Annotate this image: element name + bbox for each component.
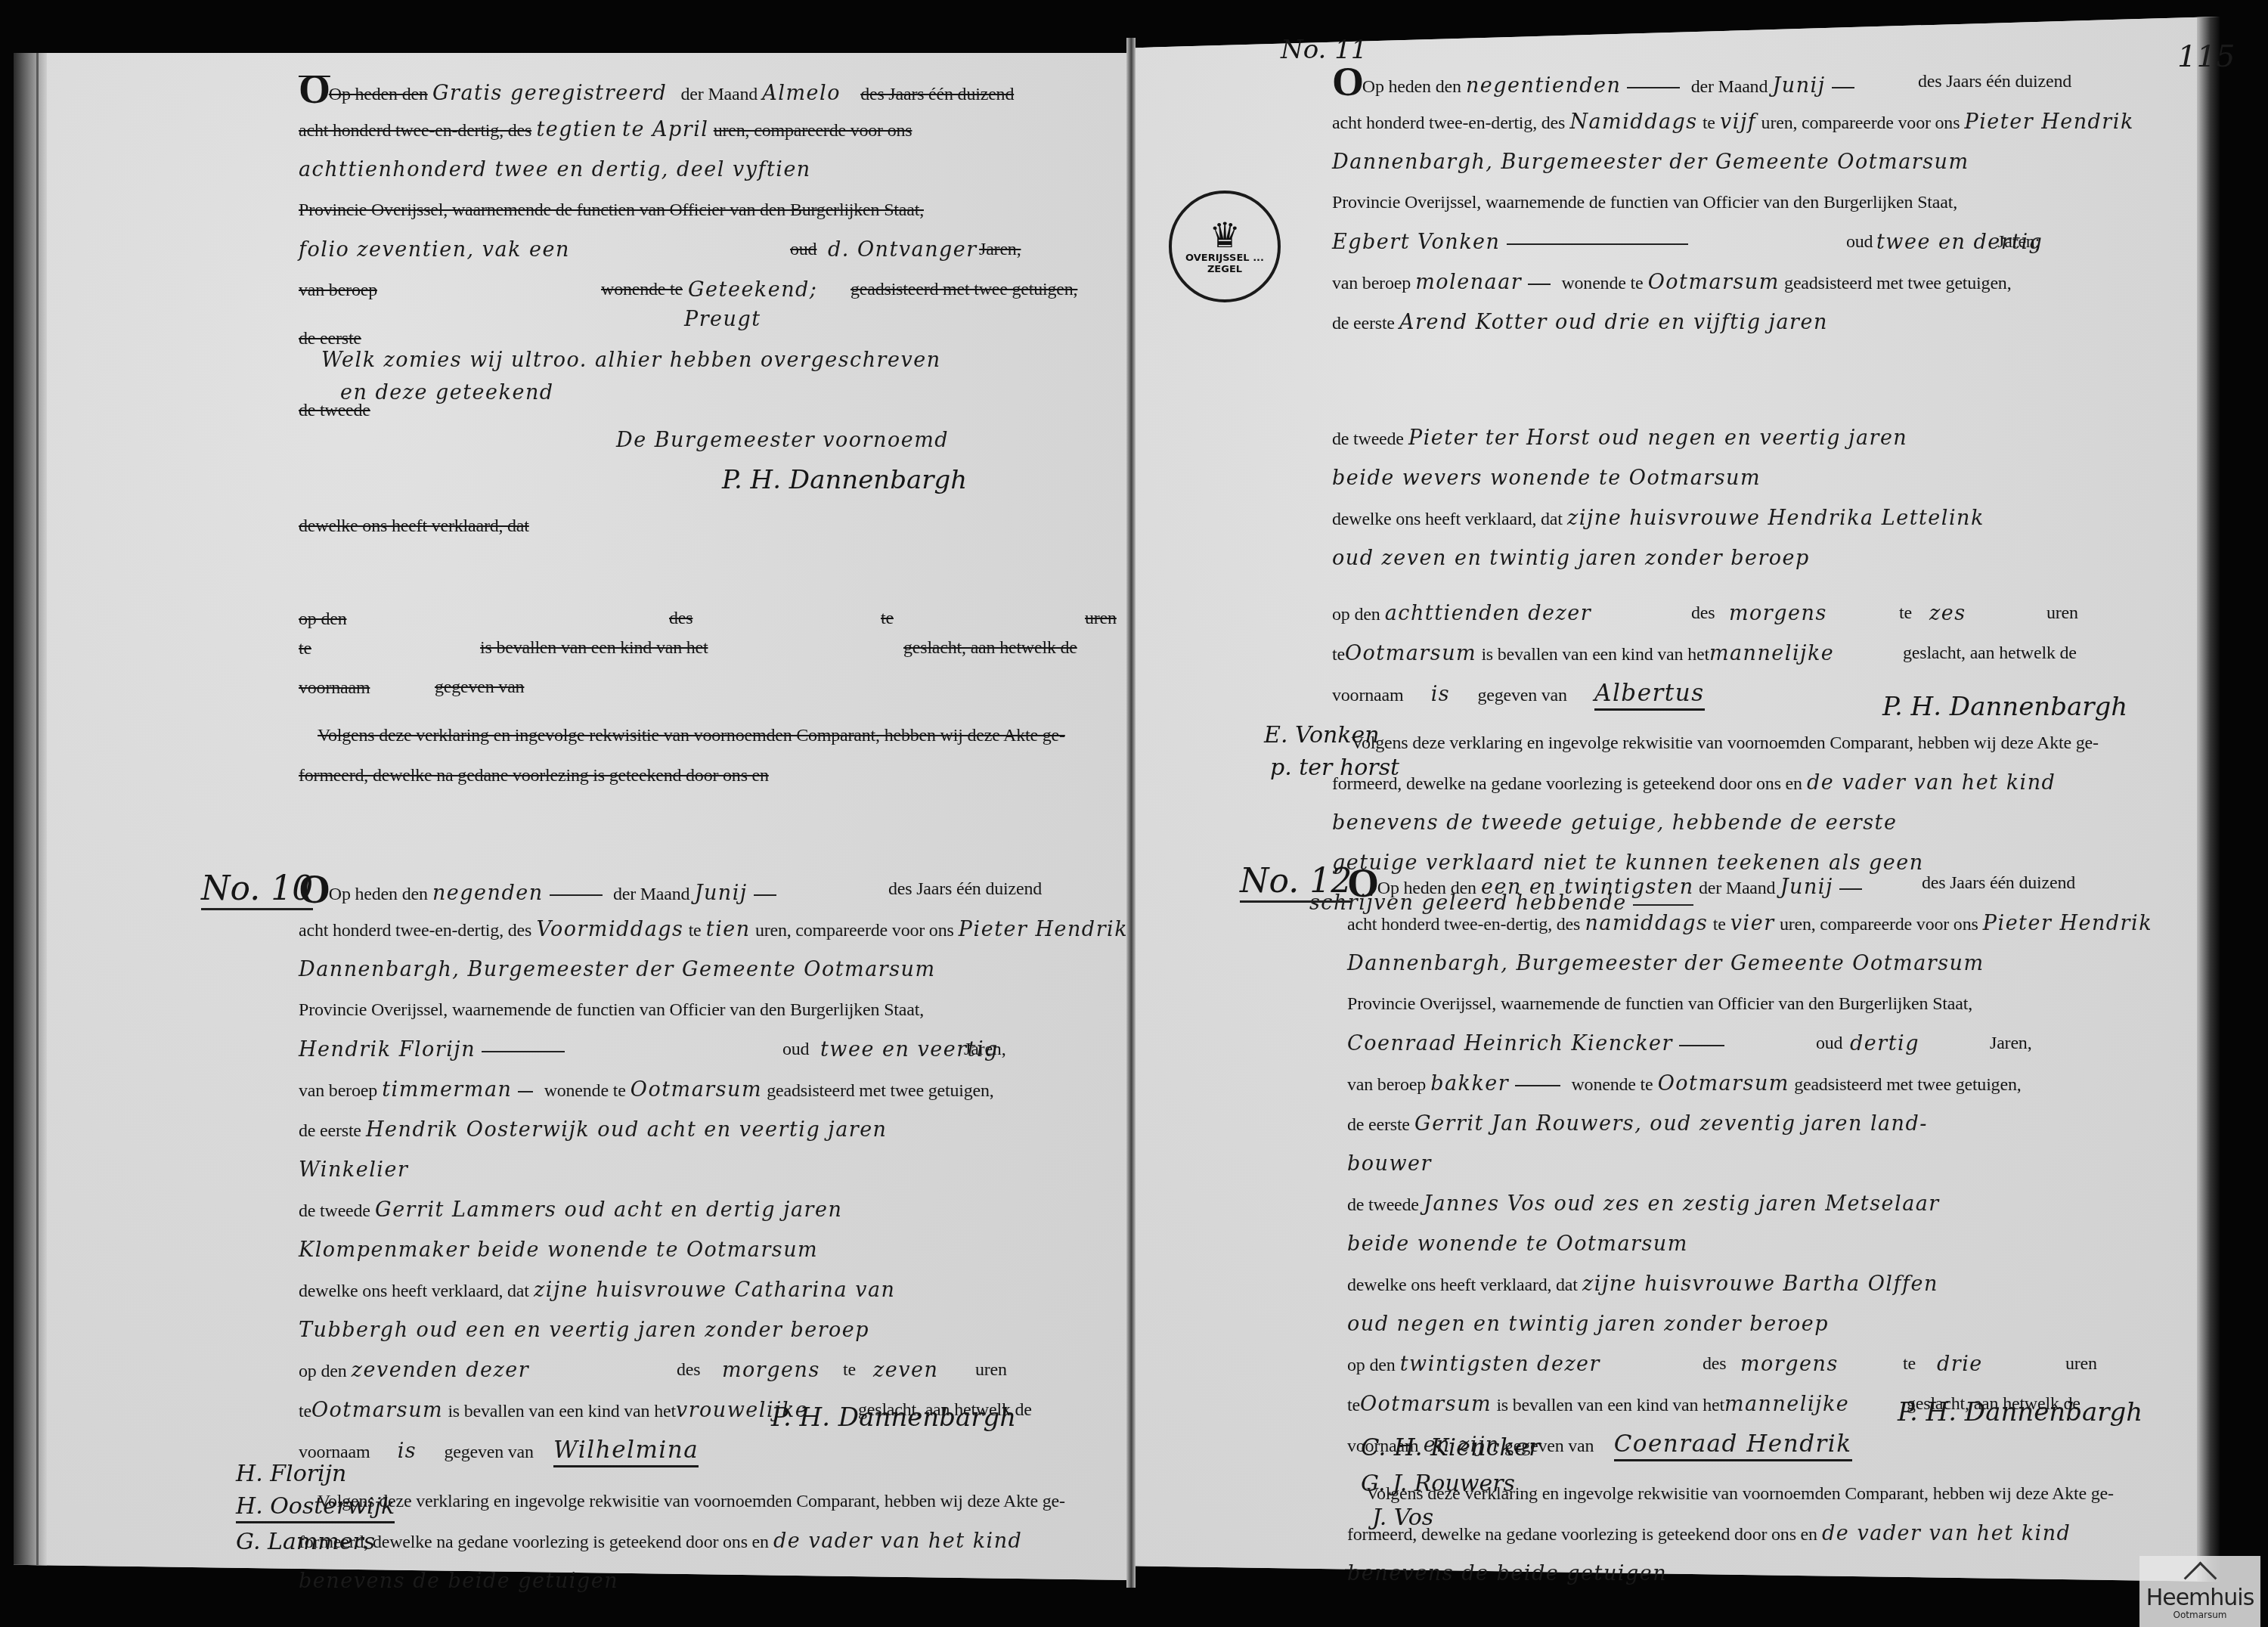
printed-text: uren (2046, 593, 2078, 634)
handwritten-text: beide wevers wonende te Ootmarsum (1332, 466, 1761, 490)
printed-text: van beroep (299, 280, 377, 300)
printed-text: OOp heden den (299, 85, 428, 104)
witness-signature: G. Lammers (236, 1529, 375, 1555)
cancelled-entry: OOp heden den Gratis geregistreerd der M… (299, 70, 1130, 795)
printed-text: te (299, 639, 311, 659)
printed-text: van beroep (1347, 1075, 1426, 1095)
printed-text: de tweede (1347, 1195, 1419, 1215)
printed-text: Provincie Overijssel, waarnemende de fun… (299, 1000, 924, 1020)
printed-text: des (677, 1350, 700, 1390)
birth-entry-11: OOp heden den negentienden der Maand Jun… (1332, 62, 2186, 923)
printed-text: O (1347, 879, 1377, 898)
printed-text: uren, compareerde voor ons (755, 921, 954, 941)
handwritten-text: Ootmarsum (1648, 271, 1780, 294)
mayor-signature: P. H. Dannenbargh (1898, 1397, 2143, 1427)
handwritten-text: tien (706, 918, 751, 941)
printed-text: op den (299, 609, 346, 629)
printed-text: dewelke ons heeft verklaard, dat (1332, 510, 1563, 529)
handwritten-text: Ootmarsum (1345, 642, 1476, 665)
handwritten-text: benevens de beide getuigen (1347, 1562, 1667, 1585)
handwritten-text: Jannes Vos oud zes en zestig jaren Metse… (1424, 1192, 1940, 1216)
handwritten-text: vier (1730, 912, 1775, 935)
printed-text: Provincie Overijssel, waarnemende de fun… (299, 200, 924, 220)
printed-text: oud (790, 230, 816, 270)
printed-text: voornaam (299, 1443, 370, 1462)
printed-text: wonende te (601, 270, 683, 310)
mayor-signature: P. H. Dannenbargh (771, 1402, 1016, 1433)
handwritten-text: Voormiddags (536, 918, 683, 941)
handwritten-text: Pieter Hendrik (1983, 912, 2152, 935)
handwritten-text: achttienden dezer (1385, 602, 1591, 625)
printed-text: wonende te (1571, 1075, 1653, 1095)
handwritten-text: drie (1937, 1344, 1983, 1384)
printed-text: op den (299, 1362, 346, 1381)
printed-text: op den (1347, 1356, 1395, 1375)
handwritten-text: negenden (432, 882, 544, 905)
entry-number-12: No. 12 (1240, 862, 1352, 903)
printed-text: O (299, 885, 329, 904)
handwritten-text: Gerrit Jan Rouwers, oud zeventig jaren l… (1414, 1112, 1928, 1136)
handwritten-text: mannelijke (1709, 642, 1834, 665)
witness-signature: G. J. Rouwers (1361, 1470, 1515, 1497)
printed-text: geadsisteerd met twee getuigen, (767, 1081, 993, 1101)
handwritten-text: Coenraad Heinrich Kiencker (1347, 1032, 1673, 1055)
handwritten-text: dertig (1850, 1024, 1919, 1064)
handwritten-text: De Burgemeester voornoemd (616, 429, 949, 452)
handwritten-text: Klompenmaker beide wonende te Ootmarsum (299, 1238, 818, 1262)
printed-text: Provincie Overijssel, waarnemende de fun… (1347, 994, 1972, 1014)
printed-text: formeerd, dewelke na gedane voorlezing i… (299, 766, 769, 786)
handwritten-text: Almelo (762, 82, 841, 105)
printed-text: is bevallen van een kind van het (1481, 645, 1709, 665)
printed-text: van beroep (1332, 274, 1411, 293)
printed-text: formeerd, dewelke na gedane voorlezing i… (1332, 774, 1802, 794)
printed-text: der Maand (1691, 77, 1768, 97)
printed-text: Volgens deze verklaring en ingevolge rek… (318, 1492, 1065, 1511)
handwritten-text: Winkelier (299, 1158, 408, 1182)
printed-text: acht honderd twee-en-dertig, des (1347, 915, 1580, 934)
printed-text: Provincie Overijssel, waarnemende de fun… (1332, 193, 1957, 212)
handwritten-text: achttienhonderd twee en dertig, deel vyf… (299, 158, 811, 181)
printed-text: Jaren, (964, 1030, 1005, 1070)
handwritten-text: de vader van het kind (1822, 1522, 2071, 1545)
printed-text: O (1332, 77, 1362, 97)
handwritten-text: oud negen en twintig jaren zonder beroep (1347, 1312, 1829, 1336)
printed-text: geslacht, aan hetwelk de (903, 628, 1077, 668)
printed-text: is bevallen van een kind van het (1496, 1396, 1724, 1415)
printed-text: de tweede (299, 1201, 370, 1221)
handwritten-text: Hendrik Florijn (299, 1038, 476, 1061)
witness-signature: C. H. Kiencker (1361, 1433, 1540, 1461)
printed-text: te (1903, 1344, 1916, 1384)
heemhuis-watermark: Heemhuis Ootmarsum (2139, 1556, 2260, 1627)
handwritten-text: de vader van het kind (773, 1529, 1022, 1553)
printed-text: Op heden den (1377, 879, 1476, 898)
printed-text: uren, compareerde voor ons (1780, 915, 1978, 934)
printed-text: Op heden den (329, 885, 428, 904)
handwritten-text: zeven (873, 1350, 938, 1390)
handwritten-text: een en twintigsten (1481, 875, 1694, 899)
printed-text: uren (2065, 1344, 2097, 1384)
handwritten-text: Egbert Vonken (1332, 231, 1501, 254)
child-name: Albertus (1594, 680, 1705, 711)
handwritten-text: Ootmarsum (1658, 1072, 1789, 1096)
handwritten-text: Ootmarsum (1360, 1393, 1492, 1416)
handwritten-text: Gratis geregistreerd (432, 82, 667, 105)
handwritten-text: benevens de tweede getuige, hebbende de … (1332, 811, 1897, 835)
witness-signature: p. ter horst (1270, 755, 1399, 781)
handwritten-text: Preugt (684, 299, 761, 339)
handwritten-text: Dannenbargh, Burgemeester der Gemeente O… (1332, 150, 1969, 174)
printed-text: oud (782, 1030, 809, 1070)
handwritten-text: molenaar (1415, 271, 1522, 294)
mayor-signature: P. H. Dannenbargh (1882, 692, 2127, 722)
printed-text: uren (975, 1350, 1007, 1390)
handwritten-text: morgens (1729, 593, 1827, 634)
witness-signature: J. Vos (1372, 1505, 1433, 1531)
printed-text: Jaren, (1990, 1024, 2031, 1064)
printed-text: geadsisteerd met twee getuigen, (850, 270, 1077, 310)
printed-text: dewelke ons heeft verklaard, dat (299, 516, 529, 536)
printed-text: te (1347, 1396, 1360, 1415)
printed-text: acht honderd twee-en-dertig, des (299, 121, 531, 141)
printed-text: op den (1332, 605, 1380, 624)
printed-text: de eerste (1332, 314, 1395, 333)
handwritten-text: Pieter ter Horst oud negen en veertig ja… (1408, 426, 1907, 450)
printed-text: dewelke ons heeft verklaard, dat (1347, 1275, 1578, 1295)
printed-text: der Maand (613, 885, 690, 904)
handwritten-text: Pieter Hendrik (959, 918, 1128, 941)
printed-text: te (1713, 915, 1726, 934)
printed-text: gegeven van (435, 668, 524, 708)
printed-text: uren, compareerde voor ons (1761, 113, 1960, 133)
handwritten-text: Junij (695, 882, 748, 905)
handwritten-text: zes (1929, 593, 1966, 634)
printed-text: acht honderd twee-en-dertig, des (299, 921, 531, 941)
printed-text: van beroep (299, 1081, 377, 1101)
official-seal-stamp: ♛OVERIJSSEL ... ZEGEL (1169, 191, 1281, 302)
handwritten-text: en deze geteekend (340, 373, 554, 413)
printed-text: de eerste (1347, 1115, 1410, 1135)
handwritten-text: tegtien (536, 118, 617, 141)
handwritten-text: zevenden dezer (352, 1359, 529, 1382)
printed-text: des Jaars één duizend (860, 85, 1014, 104)
printed-text: wonende te (544, 1081, 626, 1101)
handwritten-text: Dannenbargh, Burgemeester der Gemeente O… (299, 958, 936, 981)
handwritten-text: Namiddags (1569, 110, 1697, 134)
printed-text: te (1899, 593, 1912, 634)
printed-text: voornaam (299, 678, 370, 698)
printed-text: de tweede (1332, 429, 1404, 449)
handwritten-text: Junij (1772, 74, 1825, 98)
entry-number-10: No. 10 (201, 869, 313, 910)
handwritten-text: timmerman (382, 1078, 512, 1102)
printed-text: geadsisteerd met twee getuigen, (1784, 274, 2011, 293)
handwritten-text: zijne huisvrouwe Bartha Olffen (1582, 1272, 1938, 1296)
printed-text: der Maand (1699, 879, 1776, 898)
handwritten-text: beide wonende te Ootmarsum (1347, 1232, 1688, 1256)
witness-signature: H. Florijn (236, 1461, 346, 1487)
crown-icon: ♛ (1172, 218, 1278, 253)
printed-text: te (299, 1402, 311, 1421)
printed-text: des (1691, 593, 1715, 634)
handwritten-text: is (1431, 683, 1451, 706)
handwritten-text: de vader van het kind (1807, 771, 2056, 795)
printed-text: Op heden den (1362, 77, 1461, 97)
printed-text: te (843, 1350, 856, 1390)
child-name: Wilhelmina (553, 1436, 699, 1467)
handwritten-text: Hendrik Oosterwijk oud acht en veertig j… (366, 1118, 887, 1142)
right-page-edge (2197, 17, 2220, 1582)
printed-text: oud (1816, 1024, 1842, 1064)
handwritten-text: oud zeven en twintig jaren zonder beroep (1332, 547, 1810, 570)
handwritten-text: morgens (722, 1350, 820, 1390)
handwritten-text: morgens (1740, 1344, 1839, 1384)
handwritten-text: Gerrit Lammers oud acht en dertig jaren (375, 1198, 842, 1222)
printed-text: des (1703, 1344, 1726, 1384)
handwritten-text: te April (622, 118, 708, 141)
printed-text: geslacht, aan hetwelk de (1903, 634, 2077, 674)
printed-text: des Jaars één duizend (1922, 863, 2075, 903)
printed-text: Volgens deze verklaring en ingevolge rek… (318, 726, 1065, 745)
printed-text: is bevallen van een kind van het (480, 628, 708, 668)
printed-text: dewelke ons heeft verklaard, dat (299, 1281, 529, 1301)
handwritten-text: Arend Kotter oud drie en vijftig jaren (1399, 311, 1828, 334)
printed-text: gegeven van (1477, 686, 1566, 705)
handwritten-text: folio zeventien, vak een (299, 238, 570, 262)
handwritten-text: bakker (1430, 1072, 1509, 1096)
birth-entry-10: OOp heden den negenden der Maand Junij d… (299, 869, 1130, 1601)
handwritten-text: Welk zomies wij ultroo. alhier hebben ov… (321, 349, 941, 372)
printed-text: te (1703, 113, 1715, 133)
handwritten-text: mannelijke (1724, 1393, 1849, 1416)
printed-text: Volgens deze verklaring en ingevolge rek… (1351, 733, 2099, 753)
handwritten-text: zijne huisvrouwe Catharina van (534, 1278, 895, 1302)
printed-text: uren, compareerde voor ons (714, 121, 912, 141)
handwritten-text: vijf (1720, 110, 1756, 134)
printed-text: te (689, 921, 702, 941)
handwritten-text: d. Ontvanger (828, 230, 978, 270)
mayor-signature: P. H. Dannenbargh (722, 460, 967, 500)
handwritten-text: bouwer (1347, 1152, 1432, 1176)
handwritten-text: negentienden (1466, 74, 1622, 98)
handwritten-text: Tubbergh oud een en veertig jaren zonder… (299, 1319, 869, 1342)
witness-signature: H. Oosterwijk (236, 1493, 395, 1523)
handwritten-text: Ootmarsum (631, 1078, 762, 1102)
printed-text: wonende te (1561, 274, 1643, 293)
printed-text: de eerste (299, 1121, 361, 1141)
witness-signature: E. Vonken (1264, 722, 1380, 748)
handwritten-text: namiddags (1585, 912, 1708, 935)
left-binding-edge (14, 53, 47, 1580)
printed-text: acht honderd twee-en-dertig, des (1332, 113, 1565, 133)
handwritten-text: Ootmarsum (311, 1399, 443, 1422)
handwritten-text: twintigsten dezer (1400, 1353, 1600, 1376)
child-name: Coenraad Hendrik (1614, 1430, 1852, 1461)
stamp-text: OVERIJSSEL ... ZEGEL (1185, 253, 1264, 275)
printed-text: des Jaars één duizend (1918, 62, 2071, 102)
handwritten-text: benevens de beide getuigen (299, 1570, 618, 1593)
printed-text: is bevallen van een kind van het (448, 1402, 676, 1421)
printed-text: gegeven van (444, 1443, 533, 1462)
watermark-subtitle: Ootmarsum (2139, 1610, 2260, 1620)
printed-text: Jaren; (1997, 222, 2040, 262)
printed-text: geadsisteerd met twee getuigen, (1794, 1075, 2021, 1095)
printed-text: Jaren, (979, 230, 1021, 270)
handwritten-text: Pieter Hendrik (1965, 110, 2134, 134)
handwritten-text: Junij (1780, 875, 1833, 899)
handwritten-text: is (398, 1440, 417, 1463)
printed-text: der Maand (681, 85, 758, 104)
printed-text: te (1332, 645, 1345, 665)
printed-text: oud (1846, 222, 1873, 262)
printed-text: des Jaars één duizend (888, 869, 1042, 910)
handwritten-text: zijne huisvrouwe Hendrika Lettelink (1567, 507, 1984, 530)
handwritten-text: Dannenbargh, Burgemeester der Gemeente O… (1347, 952, 1984, 975)
printed-text: voornaam (1332, 686, 1403, 705)
